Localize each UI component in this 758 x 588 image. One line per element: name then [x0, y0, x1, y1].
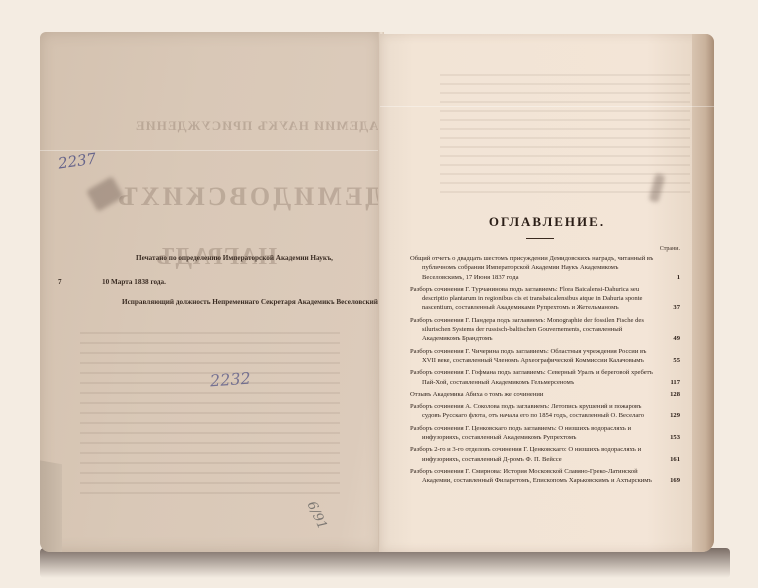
handwritten-note-bottom: 6/91: [304, 499, 330, 532]
title-rule: [526, 238, 554, 239]
show-through-heading: АКАДЕМИИ НАУКЪ ПРИСУЖДЕНИЕ: [135, 118, 380, 134]
toc-entry-page: 55: [673, 356, 680, 365]
toc-entry-page: 1: [677, 273, 680, 282]
toc-entry: Разборъ сочинения Г. Пандера подъ заглав…: [410, 316, 680, 344]
toc-entry-text: Общий отчетъ о двадцать шестомъ присужде…: [410, 254, 658, 282]
approval-line-1: Печатано по определению Императорской Ак…: [136, 254, 333, 262]
toc-entry: Разборъ 2-го и 3-го отделовъ сочинения Г…: [410, 445, 680, 464]
toc-entry: Общий отчетъ о двадцать шестомъ присужде…: [410, 254, 680, 282]
toc-entry-text: Разборъ 2-го и 3-го отделовъ сочинения Г…: [410, 445, 658, 464]
page-column-label: Страни.: [660, 246, 680, 252]
handwritten-note-top: 2237: [57, 149, 97, 172]
toc-entry: Разборъ сочинения Г. Ценковскаго подъ за…: [410, 424, 680, 443]
toc-entry-page: 117: [670, 378, 680, 387]
margin-mark: 7: [58, 278, 62, 286]
toc-entry: Разборъ сочинения А. Соколова подъ загла…: [410, 402, 680, 421]
toc-entry: Отзывъ Академика Абиха о томъ же сочинен…: [410, 390, 680, 399]
toc-entry-text: Разборъ сочинения Г. Пандера подъ заглав…: [410, 316, 658, 344]
page-edge: [692, 34, 714, 552]
crease: [380, 106, 714, 107]
toc-entry-page: 49: [673, 334, 680, 343]
toc-entry-page: 129: [670, 411, 680, 420]
toc-entry-page: 153: [670, 433, 680, 442]
page-edge-fold: [40, 460, 62, 552]
show-through-text: [80, 332, 340, 502]
open-book: АКАДЕМИИ НАУКЪ ПРИСУЖДЕНИЕ ДЕМИДОВСКИХЪ …: [36, 30, 726, 560]
toc-entry-page: 37: [673, 303, 680, 312]
toc-entry-page: 169: [670, 476, 680, 485]
show-through-heading-large: ДЕМИДОВСКИХЪ: [115, 182, 380, 212]
toc-entry-text: Разборъ сочинения Г. Гофмана подъ заглав…: [410, 368, 658, 387]
show-through-text: [440, 74, 690, 194]
toc-entry: Разборъ сочинения Г. Смирнова: История М…: [410, 467, 680, 486]
approval-date: 10 Марта 1838 года.: [102, 278, 166, 286]
toc-entry-text: Разборъ сочинения Г. Ценковскаго подъ за…: [410, 424, 658, 443]
toc-entry-text: Разборъ сочинения А. Соколова подъ загла…: [410, 402, 658, 421]
toc-entry-text: Разборъ сочинения Г. Турчанинова подъ за…: [410, 285, 658, 313]
toc-entry-text: Разборъ сочинения Г. Чичерина подъ загла…: [410, 347, 658, 366]
approval-signature: Исправляющий должность Непременнаго Секр…: [122, 298, 380, 306]
toc-title: ОГЛАВЛЕНИЕ.: [380, 214, 714, 230]
right-page: ОГЛАВЛЕНИЕ. Страни. Общий отчетъ о двадц…: [380, 34, 714, 552]
table-of-contents: Общий отчетъ о двадцать шестомъ присужде…: [410, 254, 680, 489]
toc-entry-text: Разборъ сочинения Г. Смирнова: История М…: [410, 467, 658, 486]
toc-entry: Разборъ сочинения Г. Гофмана подъ заглав…: [410, 368, 680, 387]
left-page: АКАДЕМИИ НАУКЪ ПРИСУЖДЕНИЕ ДЕМИДОВСКИХЪ …: [40, 32, 380, 552]
toc-entry-page: 128: [670, 390, 680, 399]
toc-entry: Разборъ сочинения Г. Турчанинова подъ за…: [410, 285, 680, 313]
handwritten-note-middle: 2232: [209, 369, 251, 391]
toc-entry-page: 161: [670, 455, 680, 464]
toc-entry-text: Отзывъ Академика Абиха о томъ же сочинен…: [410, 390, 658, 399]
toc-entry: Разборъ сочинения Г. Чичерина подъ загла…: [410, 347, 680, 366]
